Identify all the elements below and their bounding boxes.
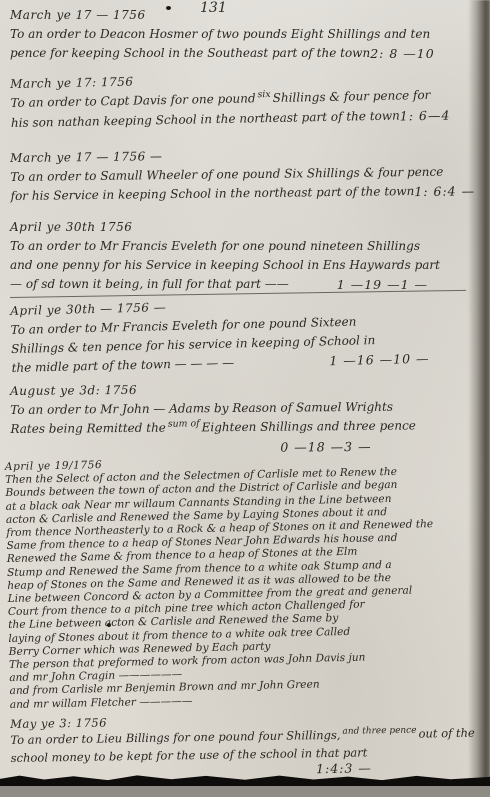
entry-text: To an order to Mr John — Adams by Reason… xyxy=(10,400,393,417)
entry-text: To an order to Capt Davis for one pound xyxy=(10,91,255,110)
inserted-word: six xyxy=(257,89,270,100)
entry-text: Rates being Remitted the xyxy=(10,421,166,436)
ledger-entry-hosmer: March ye 17 — 1756 To an order to Deacon… xyxy=(10,6,466,63)
entry-text: Shillings & four pence for xyxy=(273,88,431,105)
entry-text: To an order to Samull Wheeler of one pou… xyxy=(10,165,443,184)
ledger-entry-wheeler: March ye 17 — 1756 — To an order to Samu… xyxy=(10,143,467,206)
page-edge-shadow xyxy=(468,0,490,786)
boundary-perambulation-record: April ye 19/1756 Then the Select of acto… xyxy=(5,452,466,712)
manuscript-scan: { "page_number": "131", "colors": { "pap… xyxy=(0,0,490,797)
entry-text: out of the xyxy=(418,726,474,741)
entry-text: pence for keeping School in the Southeas… xyxy=(10,44,370,63)
ledger-entry-adams: August ye 3d: 1756 To an order to Mr Joh… xyxy=(10,378,467,459)
ledger-entry-eveleth-2: April ye 30th — 1756 — To an order to Mr… xyxy=(10,291,468,378)
entry-line: To an order to Deacon Hosmer of two poun… xyxy=(10,25,466,44)
entry-amount: 2: 8 —10 xyxy=(370,44,434,63)
entry-text: — of sd town it being, in full for that … xyxy=(10,275,289,294)
ledger-entry-billings: May ye 3: 1756 To an order to Lieu Billi… xyxy=(10,709,467,782)
ledger-entry-davis: March ye 17: 1756 To an order to Capt Da… xyxy=(10,66,467,133)
entry-text: the midle part of the town — — — — xyxy=(11,354,234,378)
entry-line: To an order to Mr Francis Eveleth for on… xyxy=(10,237,466,256)
inserted-word: sum of xyxy=(168,418,200,429)
ledger-entry-eveleth-1: April ye 30th 1756 To an order to Mr Fra… xyxy=(10,218,466,294)
inserted-word: and three pence xyxy=(342,726,416,737)
entry-text: and one penny for his Service in keeping… xyxy=(10,258,440,272)
entry-text: To an order to Deacon Hosmer of two poun… xyxy=(10,27,430,41)
manuscript-content: March ye 17 — 1756 To an order to Deacon… xyxy=(10,6,466,782)
scan-background-strip xyxy=(0,786,490,797)
entry-text: Eighteen Shillings and three pence xyxy=(202,418,416,434)
entry-date: April ye 30th 1756 xyxy=(10,218,466,237)
entry-line: and one penny for his Service in keeping… xyxy=(10,256,466,275)
entry-date: March ye 17 — 1756 xyxy=(10,6,466,25)
entry-amount: 1: 6:4 — xyxy=(414,181,475,201)
entry-text: To an order to Lieu Billings for one pou… xyxy=(10,728,340,747)
entry-line: pence for keeping School in the Southeas… xyxy=(10,44,466,63)
entry-text: To an order to Mr Francis Eveleth for on… xyxy=(10,239,420,253)
entry-text: and mr willam Fletcher ————— xyxy=(10,695,193,711)
entry-text: for his Service in keeping School in the… xyxy=(10,182,414,206)
entry-line: Rates being Remitted thesum ofEighteen S… xyxy=(10,416,466,440)
entry-amount: 1: 6—4 xyxy=(400,106,451,126)
entry-amount: 1 —16 —10 — xyxy=(329,349,430,370)
